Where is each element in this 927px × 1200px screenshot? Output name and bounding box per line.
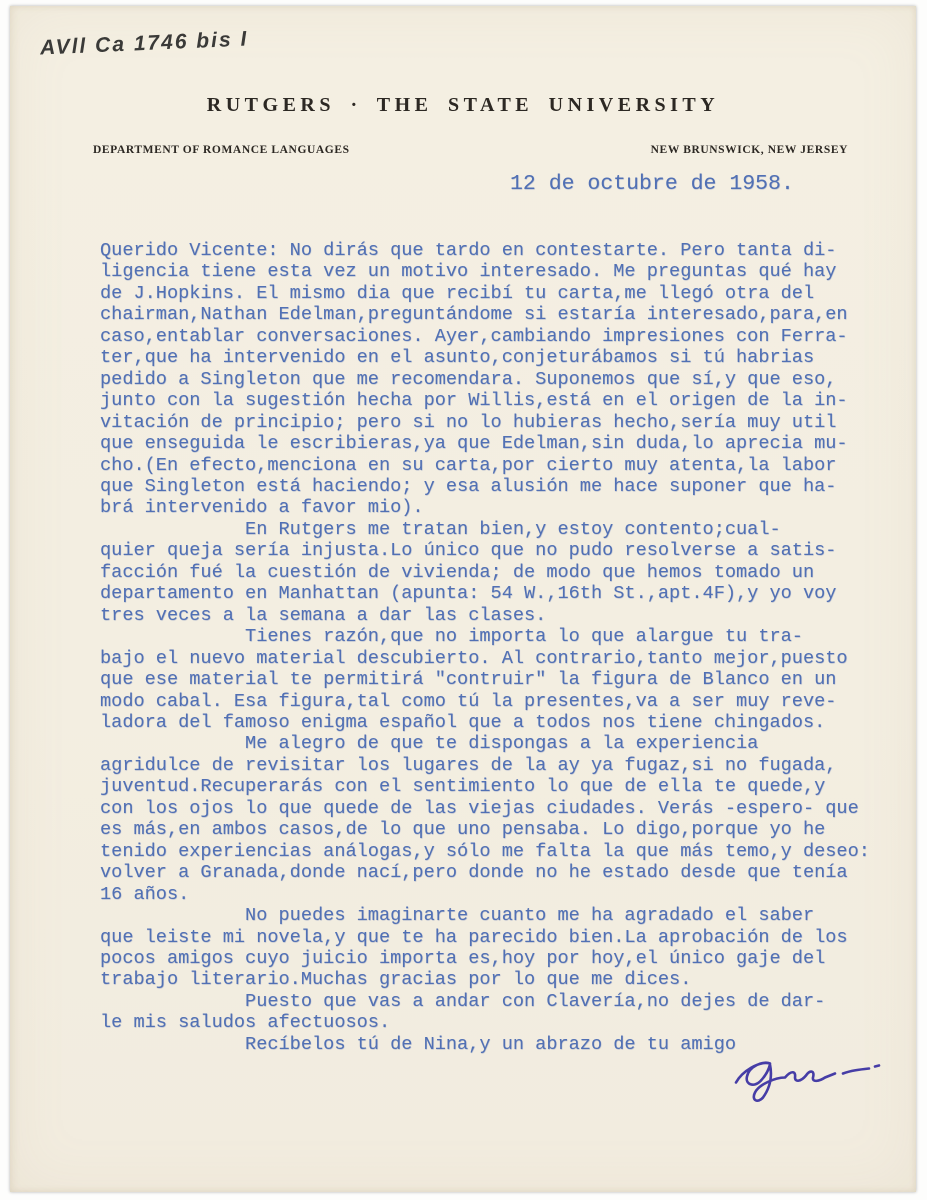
letter-line: bajo el nuevo material descubierto. Al c…: [100, 648, 870, 669]
letter-line: caso,entablar conversaciones. Ayer,cambi…: [100, 326, 870, 347]
letter-date: 12 de octubre de 1958.: [510, 172, 794, 196]
letter-paper: AVll Ca 1746 bis I RUTGERS · THE STATE U…: [10, 6, 916, 1192]
letter-line: pocos amigos cuyo juicio importa es,hoy …: [100, 948, 870, 969]
letter-line: Puesto que vas a andar con Clavería,no d…: [100, 991, 870, 1012]
letter-line: chairman,Nathan Edelman,preguntándome si…: [100, 304, 870, 325]
letter-line: vitación de principio; pero si no lo hub…: [100, 412, 870, 433]
letter-line: pedido a Singleton que me recomendara. S…: [100, 369, 870, 390]
letterhead-subline: DEPARTMENT OF ROMANCE LANGUAGES NEW BRUN…: [93, 144, 848, 156]
letter-line: volver a Granada,donde nací,pero donde n…: [100, 862, 870, 883]
letter-line: 16 años.: [100, 884, 870, 905]
letter-line: juventud.Recuperarás con el sentimiento …: [100, 776, 870, 797]
letter-line: No puedes imaginarte cuanto me ha agrada…: [100, 905, 870, 926]
letterhead-location: NEW BRUNSWICK, NEW JERSEY: [651, 144, 848, 156]
letterhead-department: DEPARTMENT OF ROMANCE LANGUAGES: [93, 144, 350, 156]
letter-line: En Rutgers me tratan bien,y estoy conten…: [100, 519, 870, 540]
letter-line: departamento en Manhattan (apunta: 54 W.…: [100, 583, 870, 604]
letter-line: que Singleton está haciendo; y esa alusi…: [100, 476, 870, 497]
letterhead-university-title: RUTGERS · THE STATE UNIVERSITY: [10, 94, 916, 117]
letter-line: ter,que ha intervenido en el asunto,conj…: [100, 347, 870, 368]
letter-body: Querido Vicente: No dirás que tardo en c…: [100, 240, 870, 1055]
letter-line: tres veces a la semana a dar las clases.: [100, 605, 870, 626]
letter-line: de J.Hopkins. El mismo dia que recibí tu…: [100, 283, 870, 304]
letter-line: ladora del famoso enigma español que a t…: [100, 712, 870, 733]
letter-line: trabajo literario.Muchas gracias por lo …: [100, 969, 870, 990]
signature-ink-stroke: [732, 1050, 892, 1108]
letter-line: es más,en ambos casos,de lo que uno pens…: [100, 819, 870, 840]
letter-line: Tienes razón,que no importa lo que alarg…: [100, 626, 870, 647]
scanned-letter: AVll Ca 1746 bis I RUTGERS · THE STATE U…: [0, 0, 927, 1200]
letter-line: le mis saludos afectuosos.: [100, 1012, 870, 1033]
letter-line: tenido experiencias análogas,y sólo me f…: [100, 841, 870, 862]
letter-line: quier queja sería injusta.Lo único que n…: [100, 540, 870, 561]
letter-line: Me alegro de que te dispongas a la exper…: [100, 733, 870, 754]
letter-line: con los ojos lo que quede de las viejas …: [100, 798, 870, 819]
signature-ayala: [732, 1050, 892, 1108]
letter-line: brá intervenido a favor mio).: [100, 497, 870, 518]
letter-line: ligencia tiene esta vez un motivo intere…: [100, 261, 870, 282]
letter-line: Querido Vicente: No dirás que tardo en c…: [100, 240, 870, 261]
letter-line: que leiste mi novela,y que te ha parecid…: [100, 927, 870, 948]
letter-line: junto con la sugestión hecha por Willis,…: [100, 390, 870, 411]
letter-line: agridulce de revisitar los lugares de la…: [100, 755, 870, 776]
letter-line: que ese material te permitirá "contruir"…: [100, 669, 870, 690]
letter-line: facción fué la cuestión de vivienda; de …: [100, 562, 870, 583]
letter-line: modo cabal. Esa figura,tal como tú la pr…: [100, 691, 870, 712]
archival-annotation: AVll Ca 1746 bis I: [40, 27, 249, 60]
letter-line: cho.(En efecto,menciona en su carta,por …: [100, 455, 870, 476]
letter-line: que enseguida le escribieras,ya que Edel…: [100, 433, 870, 454]
